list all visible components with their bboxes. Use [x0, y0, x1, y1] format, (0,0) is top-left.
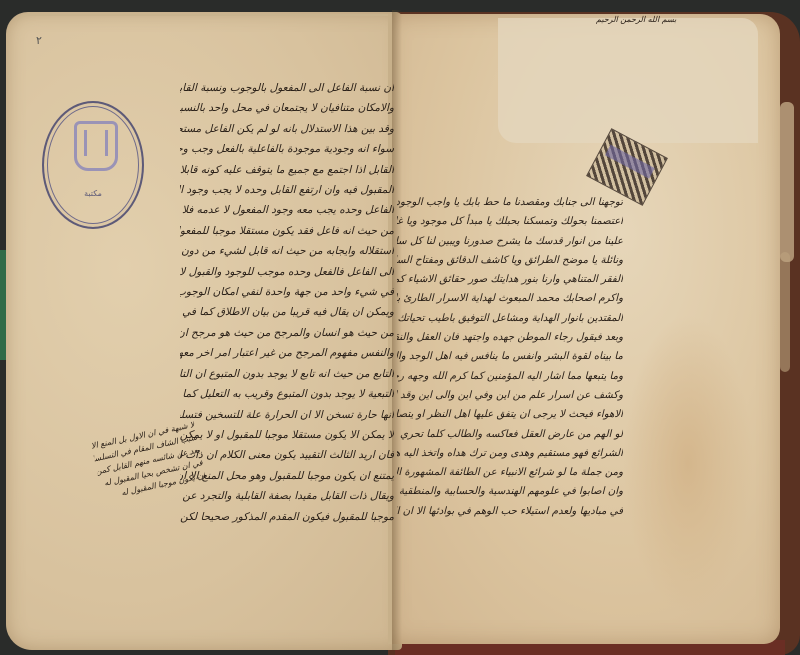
- text-line: علينا من انوار قدسك ما يشرح صدورنا ويبين…: [397, 232, 623, 251]
- text-line: والنفس مفهوم المرجح من غير اعتبار امر اخ…: [180, 343, 394, 363]
- text-line: توجهنا الى جنابك ومقصدنا ما حط بابك يا و…: [397, 193, 623, 212]
- folio-number: ٢: [36, 34, 42, 47]
- hand-emblem-icon: [74, 121, 118, 171]
- text-line: فان اريد الثالث التقييد يكون معنى الكلام…: [180, 445, 394, 465]
- text-line: الى الفاعل فالفعل وحده موجب للوجود والقب…: [180, 262, 394, 282]
- header-note: بسم الله الرحمن الرحيم: [596, 15, 676, 24]
- text-line: وكشف عن اسرار علم من اين وفي اين والى اي…: [397, 386, 623, 405]
- text-line: الاهواء فيحث لا يرجى ان يتفق عليها اهل ا…: [397, 405, 623, 424]
- text-line: ونائلة يا موضح الطرائق ويا كاشف الدقائق …: [397, 251, 623, 270]
- text-line: والامكان متنافيان لا يجتمعان في محل واحد…: [180, 98, 394, 118]
- cover-wear: [780, 102, 794, 262]
- text-line: المقتدين بانوار الهداية ومشاعل التوفيق ب…: [397, 309, 623, 328]
- text-line: في مباديها ولعدم استيلاء حب الوهم في بوا…: [397, 502, 623, 521]
- text-line: ويمكن ان يقال فيه قريبا من بيان الاطلاق …: [180, 302, 394, 322]
- text-line: ما بيناه لقوة البشر وانفس ما ينافس فيه ا…: [397, 347, 623, 366]
- paper-repair-patch: [498, 18, 758, 143]
- text-line: من حيث هو انسان والمرجح من حيث هو مرجح ا…: [180, 323, 394, 343]
- stamp-text: مكتبة: [44, 189, 142, 198]
- text-line: وقد بين هذا الاستدلال بانه لو لم يكن الف…: [180, 119, 394, 139]
- text-line: ان نسبة الفاعل الى المفعول بالوجوب ونسبة…: [180, 78, 394, 98]
- cover-wear: [780, 252, 790, 372]
- text-line: التبعية لا يوجد بدون المتبوع وقريب به ال…: [180, 384, 394, 404]
- text-line: سواء انه وجودية موجودة بالفاعلية بالفعل …: [180, 139, 394, 159]
- text-line: انها حارة تسخن الا ان الحرارة علة للتسخي…: [180, 405, 394, 425]
- text-line: الشرائع فهو مستقيم وهدى ومن ترك هداه وات…: [397, 444, 623, 463]
- text-line: ويقال ذات القابل مقيدا بصفة القابلية وال…: [180, 486, 394, 506]
- text-line: واكرم اصحابك محمد المبعوث لهداية الاسرار…: [397, 289, 623, 308]
- right-text-block: توجهنا الى جنابك ومقصدنا ما حط بابك يا و…: [397, 193, 623, 521]
- text-line: وما يتبعها مما اشار اليه المؤمنين كما كر…: [397, 367, 623, 386]
- text-line: لو الهم من عارض العقل فعاكسه والطالب كلم…: [397, 425, 623, 444]
- text-line: استقلاله وايجابه من حيث انه قابل لشيء من…: [180, 241, 394, 261]
- text-line: الفقر المتناهي وارنا بنور هدايتك صور حقا…: [397, 270, 623, 289]
- water-stain: [623, 314, 753, 614]
- text-line: الفاعل وحده يجب معه وجود المفعول لا عدمه…: [180, 200, 394, 220]
- text-line: التابع من حيث انه تابع لا يوجد بدون المت…: [180, 364, 394, 384]
- text-line: المقبول فيه وان ارتفع القابل وحده لا يجب…: [180, 180, 394, 200]
- text-line: موجبا للمقبول فيكون المقدم المذكور صحيحا…: [180, 507, 394, 527]
- library-stamp: مكتبة: [42, 101, 144, 229]
- text-line: وبعد فيقول رجاء الموطن جهده واجتهد فان ا…: [397, 328, 623, 347]
- text-line: ومن جملة ما لو شرائع الانبياء عن الطائفة…: [397, 463, 623, 482]
- left-text-block: ان نسبة الفاعل الى المفعول بالوجوب ونسبة…: [180, 78, 394, 527]
- text-line: القابل اذا اجتمع مع جميع ما يتوقف عليه ك…: [180, 160, 394, 180]
- text-line: يمتنع ان يكون موجبا للمقبول وهو محل المن…: [180, 466, 394, 486]
- text-line: من حيث انه فاعل فقد يكون مستقلا موجبا لل…: [180, 221, 394, 241]
- text-line: في شيء واحد من جهة واحدة لنفي امكان الوج…: [180, 282, 394, 302]
- text-line: اعتصمنا بحولك وتمسكنا بحبلك يا مبدأ كل م…: [397, 212, 623, 231]
- text-line: لا يمكن الا يكون مستقلا موجبا للمقبول او…: [180, 425, 394, 445]
- text-line: وان اصابوا في علومهم الهندسية والحسابية …: [397, 482, 623, 501]
- folio-edge: [16, 14, 396, 26]
